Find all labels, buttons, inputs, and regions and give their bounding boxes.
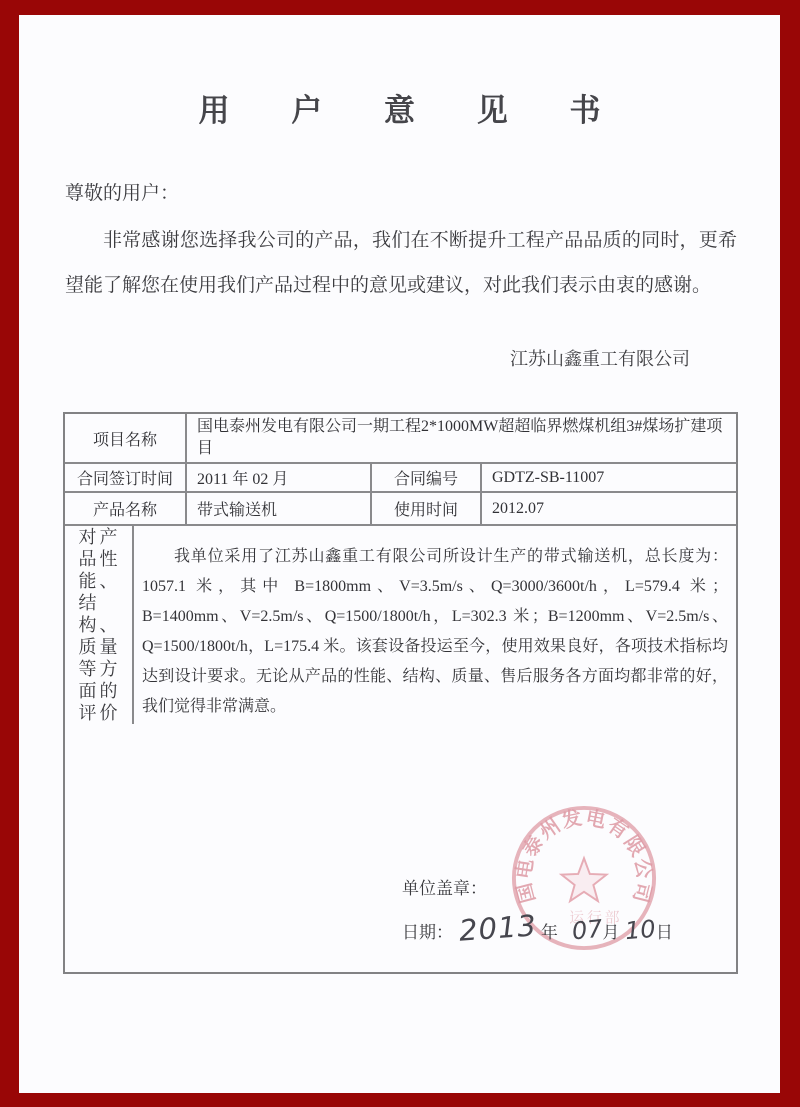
page-title: 用 户 意 见 书 [19,85,780,130]
handwritten-month: 07 [570,914,603,945]
salutation: 尊敬的用户： [65,178,179,205]
document-page: 用 户 意 见 书 尊敬的用户： 非常感谢您选择我公司的产品，我们在不断提升工程… [19,15,780,1093]
project-name-value: 国电泰州发电有限公司一期工程2*1000MW超超临界燃煤机组3#煤场扩建项目 [187,414,736,462]
product-name-value: 带式输送机 [187,493,372,524]
contract-no-label: 合同编号 [372,464,482,491]
red-border-frame: 用 户 意 见 书 尊敬的用户： 非常感谢您选择我公司的产品，我们在不断提升工程… [0,0,800,1107]
contract-no-value: GDTZ-SB-11007 [482,464,736,491]
contract-date-value: 2011 年 02 月 [187,464,372,491]
table-row-evaluation: 对产品性能、结构、质量等方面的评价 我单位采用了江苏山鑫重工有限公司所设计生产的… [65,526,736,724]
project-name-label: 项目名称 [65,414,187,462]
company-signature: 江苏山鑫重工有限公司 [510,345,690,371]
day-unit: 日 [656,923,673,942]
handwritten-day: 10 [624,915,657,946]
evaluation-content: 我单位采用了江苏山鑫重工有限公司所设计生产的带式输送机，总长度为：1057.1 … [134,526,736,724]
date-line: 日期：2013年07月10日 [402,911,673,945]
table-row-project: 项目名称 国电泰州发电有限公司一期工程2*1000MW超超临界燃煤机组3#煤场扩… [65,414,736,464]
evaluation-text: 我单位采用了江苏山鑫重工有限公司所设计生产的带式输送机，总长度为：1057.1 … [142,542,728,722]
year-unit: 年 [541,923,558,942]
usage-time-label: 使用时间 [372,493,482,524]
month-unit: 月 [602,923,619,942]
contract-date-label: 合同签订时间 [65,464,187,491]
handwritten-year: 2013 [458,908,538,947]
intro-paragraph: 非常感谢您选择我公司的产品，我们在不断提升工程产品品质的同时，更希望能了解您在使… [65,218,737,308]
table-row-product: 产品名称 带式输送机 使用时间 2012.07 [65,493,736,526]
evaluation-label: 对产品性能、结构、质量等方面的评价 [79,526,119,724]
stamp-star-icon [562,858,607,901]
date-label: 日期： [402,923,453,942]
seal-caption: 单位盖章： [402,874,487,899]
evaluation-label-column: 对产品性能、结构、质量等方面的评价 [65,526,134,724]
product-name-label: 产品名称 [65,493,187,524]
table-row-contract: 合同签订时间 2011 年 02 月 合同编号 GDTZ-SB-11007 [65,464,736,493]
usage-time-value: 2012.07 [482,493,736,524]
